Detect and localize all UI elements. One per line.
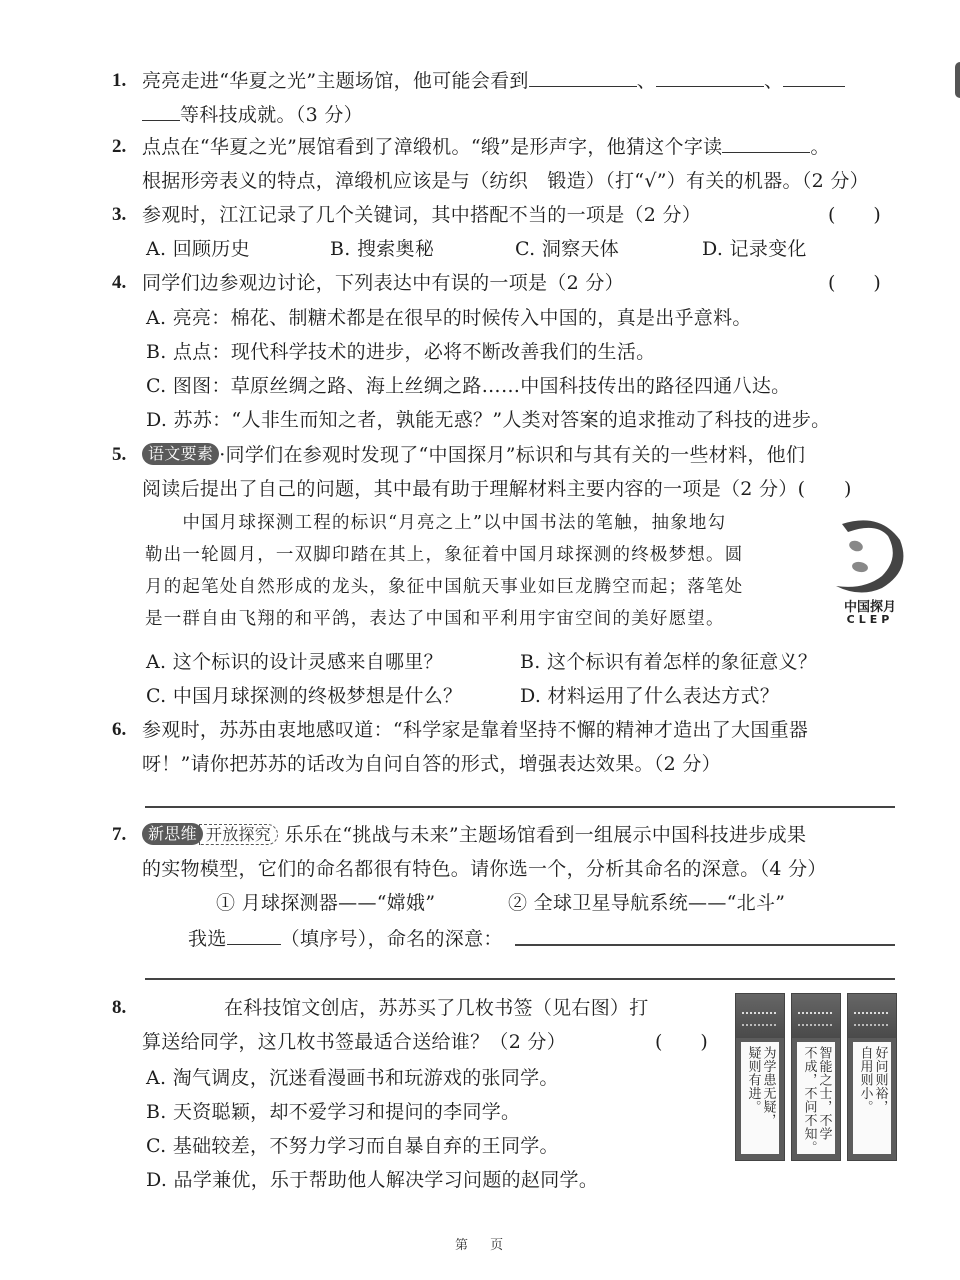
bookmarks-image: 为学患无疑， 疑则有进。 智能之士，不学 不成，不问不知。 好问则裕， 自用则小…	[735, 993, 897, 1163]
worksheet-page: 1. 亮亮走进“华夏之光”主题场馆，他可能会看到、、 等科技成就。（3 分） 2…	[0, 0, 960, 1280]
q7-answer-line-2[interactable]	[145, 978, 895, 980]
q4-option-a: A. 亮亮：棉花、制糖术都是在很早的时候传入中国的，真是出乎意料。	[146, 305, 752, 331]
bookmark-2: 智能之士，不学 不成，不问不知。	[791, 993, 841, 1161]
q5-passage-line-3: 月的起笔处自然形成的龙头，象征中国航天事业如巨龙腾空而起；落笔处	[145, 572, 743, 604]
q4-stem: 同学们边参观边讨论，下列表达中有误的一项是（2 分）	[142, 270, 624, 296]
space-station-icon	[736, 994, 784, 1038]
page-footer: 第 页	[455, 1234, 503, 1253]
q7-choice-blank[interactable]	[227, 926, 281, 945]
q1-stem-2: 等科技成就。（3 分）	[180, 104, 363, 126]
bookmark-2-col-1: 智能之士，不学	[817, 1046, 831, 1154]
q5-passage-line-4: 是一群自由飞翔的和平鸽，表达了中国和平利用宇宙空间的美好愿望。	[145, 604, 725, 636]
q7-answer-prefix: 我选	[188, 928, 227, 950]
q5-option-c: C. 中国月球探测的终极梦想是什么？	[146, 683, 462, 709]
q3-stem: 参观时，江江记录了几个关键词，其中搭配不当的一项是（2 分）	[142, 202, 701, 228]
q7-stem-2: 的实物模型，它们的命名都很有特色。请你选一个，分析其命名的深意。（4 分）	[142, 856, 827, 882]
q7-stem: 乐乐在“挑战与未来”主题场馆看到一组展示中国科技进步成果	[284, 824, 806, 846]
q8-answer-paren[interactable]: ( )	[655, 1029, 708, 1055]
q7-number: 7.	[112, 822, 126, 848]
q7-choice-2: ② 全球卫星导航系统——“北斗”	[508, 890, 785, 916]
q1-blank-2[interactable]	[656, 68, 764, 87]
q8-option-a: A. 淘气调皮，沉迷看漫画书和玩游戏的张同学。	[146, 1065, 559, 1091]
q2-pronunciation-blank[interactable]	[722, 134, 810, 153]
q5-number: 5.	[112, 442, 126, 468]
q1-blank-1[interactable]	[529, 68, 637, 87]
clep-logo: 中国探月 CLEP	[820, 510, 920, 630]
q5-stem: 同学们在参观时发现了“中国探月”标识和与其有关的一些材料，他们	[226, 444, 806, 466]
q1-sep: 、	[637, 70, 656, 92]
moon-calligraphy-icon	[820, 510, 920, 600]
bookmark-2-col-2: 不成，不问不知。	[802, 1046, 816, 1154]
q8-option-b: B. 天资聪颖，却不爱学习和提问的李同学。	[146, 1099, 520, 1125]
q1-blank-3[interactable]	[783, 68, 845, 87]
q7-choice-1: ① 月球探测器——“嫦娥”	[216, 890, 435, 916]
q2-stem: 点点在“华夏之光”展馆看到了漳缎机。“缎”是形声字，他猜这个字读	[142, 136, 722, 158]
q3-option-c: C. 洞察天体	[515, 236, 619, 262]
page-edge-tab	[955, 62, 960, 98]
q7-answer-mid: （填序号），命名的深意：	[281, 928, 503, 950]
q3-number: 3.	[112, 202, 126, 228]
q3-option-b: B. 搜索奥秘	[330, 236, 434, 262]
q7-answer-row: 我选（填序号），命名的深意：	[188, 926, 503, 952]
q8-stem-2: 算送给同学，这几枚书签最适合送给谁？（2 分）	[142, 1029, 566, 1055]
q7-tag-open-inquiry: 开放探究	[199, 824, 278, 845]
q4-option-b: B. 点点：现代科学技术的进步，必将不断改善我们的生活。	[146, 339, 655, 365]
q1-sep: 、	[764, 70, 783, 92]
q2-number: 2.	[112, 134, 126, 160]
q1-text: 亮亮走进“华夏之光”主题场馆，他可能会看到、、	[142, 68, 845, 94]
q4-number: 4.	[112, 270, 126, 296]
q6-answer-line[interactable]	[145, 806, 895, 808]
q2-text-2: 根据形旁表义的特点，漳缎机应该是与（纺织 锻造）（打“√”）有关的机器。（2 分…	[142, 168, 869, 194]
q8-option-c: C. 基础较差，不努力学习而自暴自弃的王同学。	[146, 1133, 559, 1159]
mars-rover-icon	[848, 994, 896, 1038]
bookmark-1-col-2: 疑则有进。	[746, 1046, 760, 1154]
bookmark-1-col-1: 为学患无疑，	[761, 1046, 775, 1154]
q1-number: 1.	[112, 68, 126, 94]
q8-number: 8.	[112, 995, 126, 1021]
bookmark-3-col-2: 自用则小。	[858, 1046, 872, 1154]
q5-passage-line-2: 勒出一轮圆月，一双脚印踏在其上，象征着中国月球探测的终极梦想。圆	[145, 540, 743, 572]
q4-option-d: D. 苏苏：“人非生而知之者，孰能无惑？”人类对答案的追求推动了科技的进步。	[146, 407, 830, 433]
q4-answer-paren[interactable]: ( )	[828, 270, 881, 296]
q8-option-d: D. 品学兼优，乐于帮助他人解决学习问题的赵同学。	[146, 1167, 598, 1193]
bookmark-1: 为学患无疑， 疑则有进。	[735, 993, 785, 1161]
q1-blank-3-cont[interactable]	[142, 102, 180, 121]
q5-option-d: D. 材料运用了什么表达方式？	[520, 683, 779, 709]
q4-option-c: C. 图图：草原丝绸之路、海上丝绸之路……中国科技传出的路径四通八达。	[146, 373, 790, 399]
q3-option-a: A. 回顾历史	[146, 236, 250, 262]
q7-text: 新思维开放探究 乐乐在“挑战与未来”主题场馆看到一组展示中国科技进步成果	[142, 822, 806, 848]
q3-option-d: D. 记录变化	[702, 236, 807, 262]
lunar-rover-icon	[792, 994, 840, 1038]
q7-answer-line-1[interactable]	[515, 944, 895, 946]
q5-option-b: B. 这个标识有着怎样的象征意义？	[520, 649, 817, 675]
q5-tag-yuwen-yaosu: 语文要素	[142, 443, 219, 465]
q5-stem-2[interactable]: 阅读后提出了自己的问题，其中最有助于理解材料主要内容的一项是（2 分）( )	[142, 476, 852, 502]
q1-stem: 亮亮走进“华夏之光”主题场馆，他可能会看到	[142, 70, 529, 92]
q8-stem: 在科技馆文创店，苏苏买了几枚书签（见右图）打	[224, 995, 649, 1021]
clep-logo-en: CLEP	[820, 613, 920, 626]
q2-end: 。	[810, 136, 829, 158]
q5-text: 语文要素·同学们在参观时发现了“中国探月”标识和与其有关的一些材料，他们	[142, 442, 805, 468]
q5-passage-line-1: 中国月球探测工程的标识“月亮之上”以中国书法的笔触，抽象地勾	[145, 508, 726, 540]
bookmark-3-col-1: 好问则裕，	[873, 1046, 887, 1154]
q1-text-2: 等科技成就。（3 分）	[142, 102, 363, 128]
q3-answer-paren[interactable]: ( )	[828, 202, 881, 228]
bookmark-3: 好问则裕， 自用则小。	[847, 993, 897, 1161]
q6-stem: 参观时，苏苏由衷地感叹道：“科学家是靠着坚持不懈的精神才造出了大国重器	[142, 717, 808, 743]
q7-tag-new-thinking: 新思维	[142, 823, 203, 845]
q6-stem-2: 呀！”请你把苏苏的话改为自问自答的形式，增强表达效果。（2 分）	[142, 751, 721, 777]
q2-text: 点点在“华夏之光”展馆看到了漳缎机。“缎”是形声字，他猜这个字读。	[142, 134, 830, 160]
q6-number: 6.	[112, 717, 126, 743]
q5-option-a: A. 这个标识的设计灵感来自哪里？	[146, 649, 443, 675]
